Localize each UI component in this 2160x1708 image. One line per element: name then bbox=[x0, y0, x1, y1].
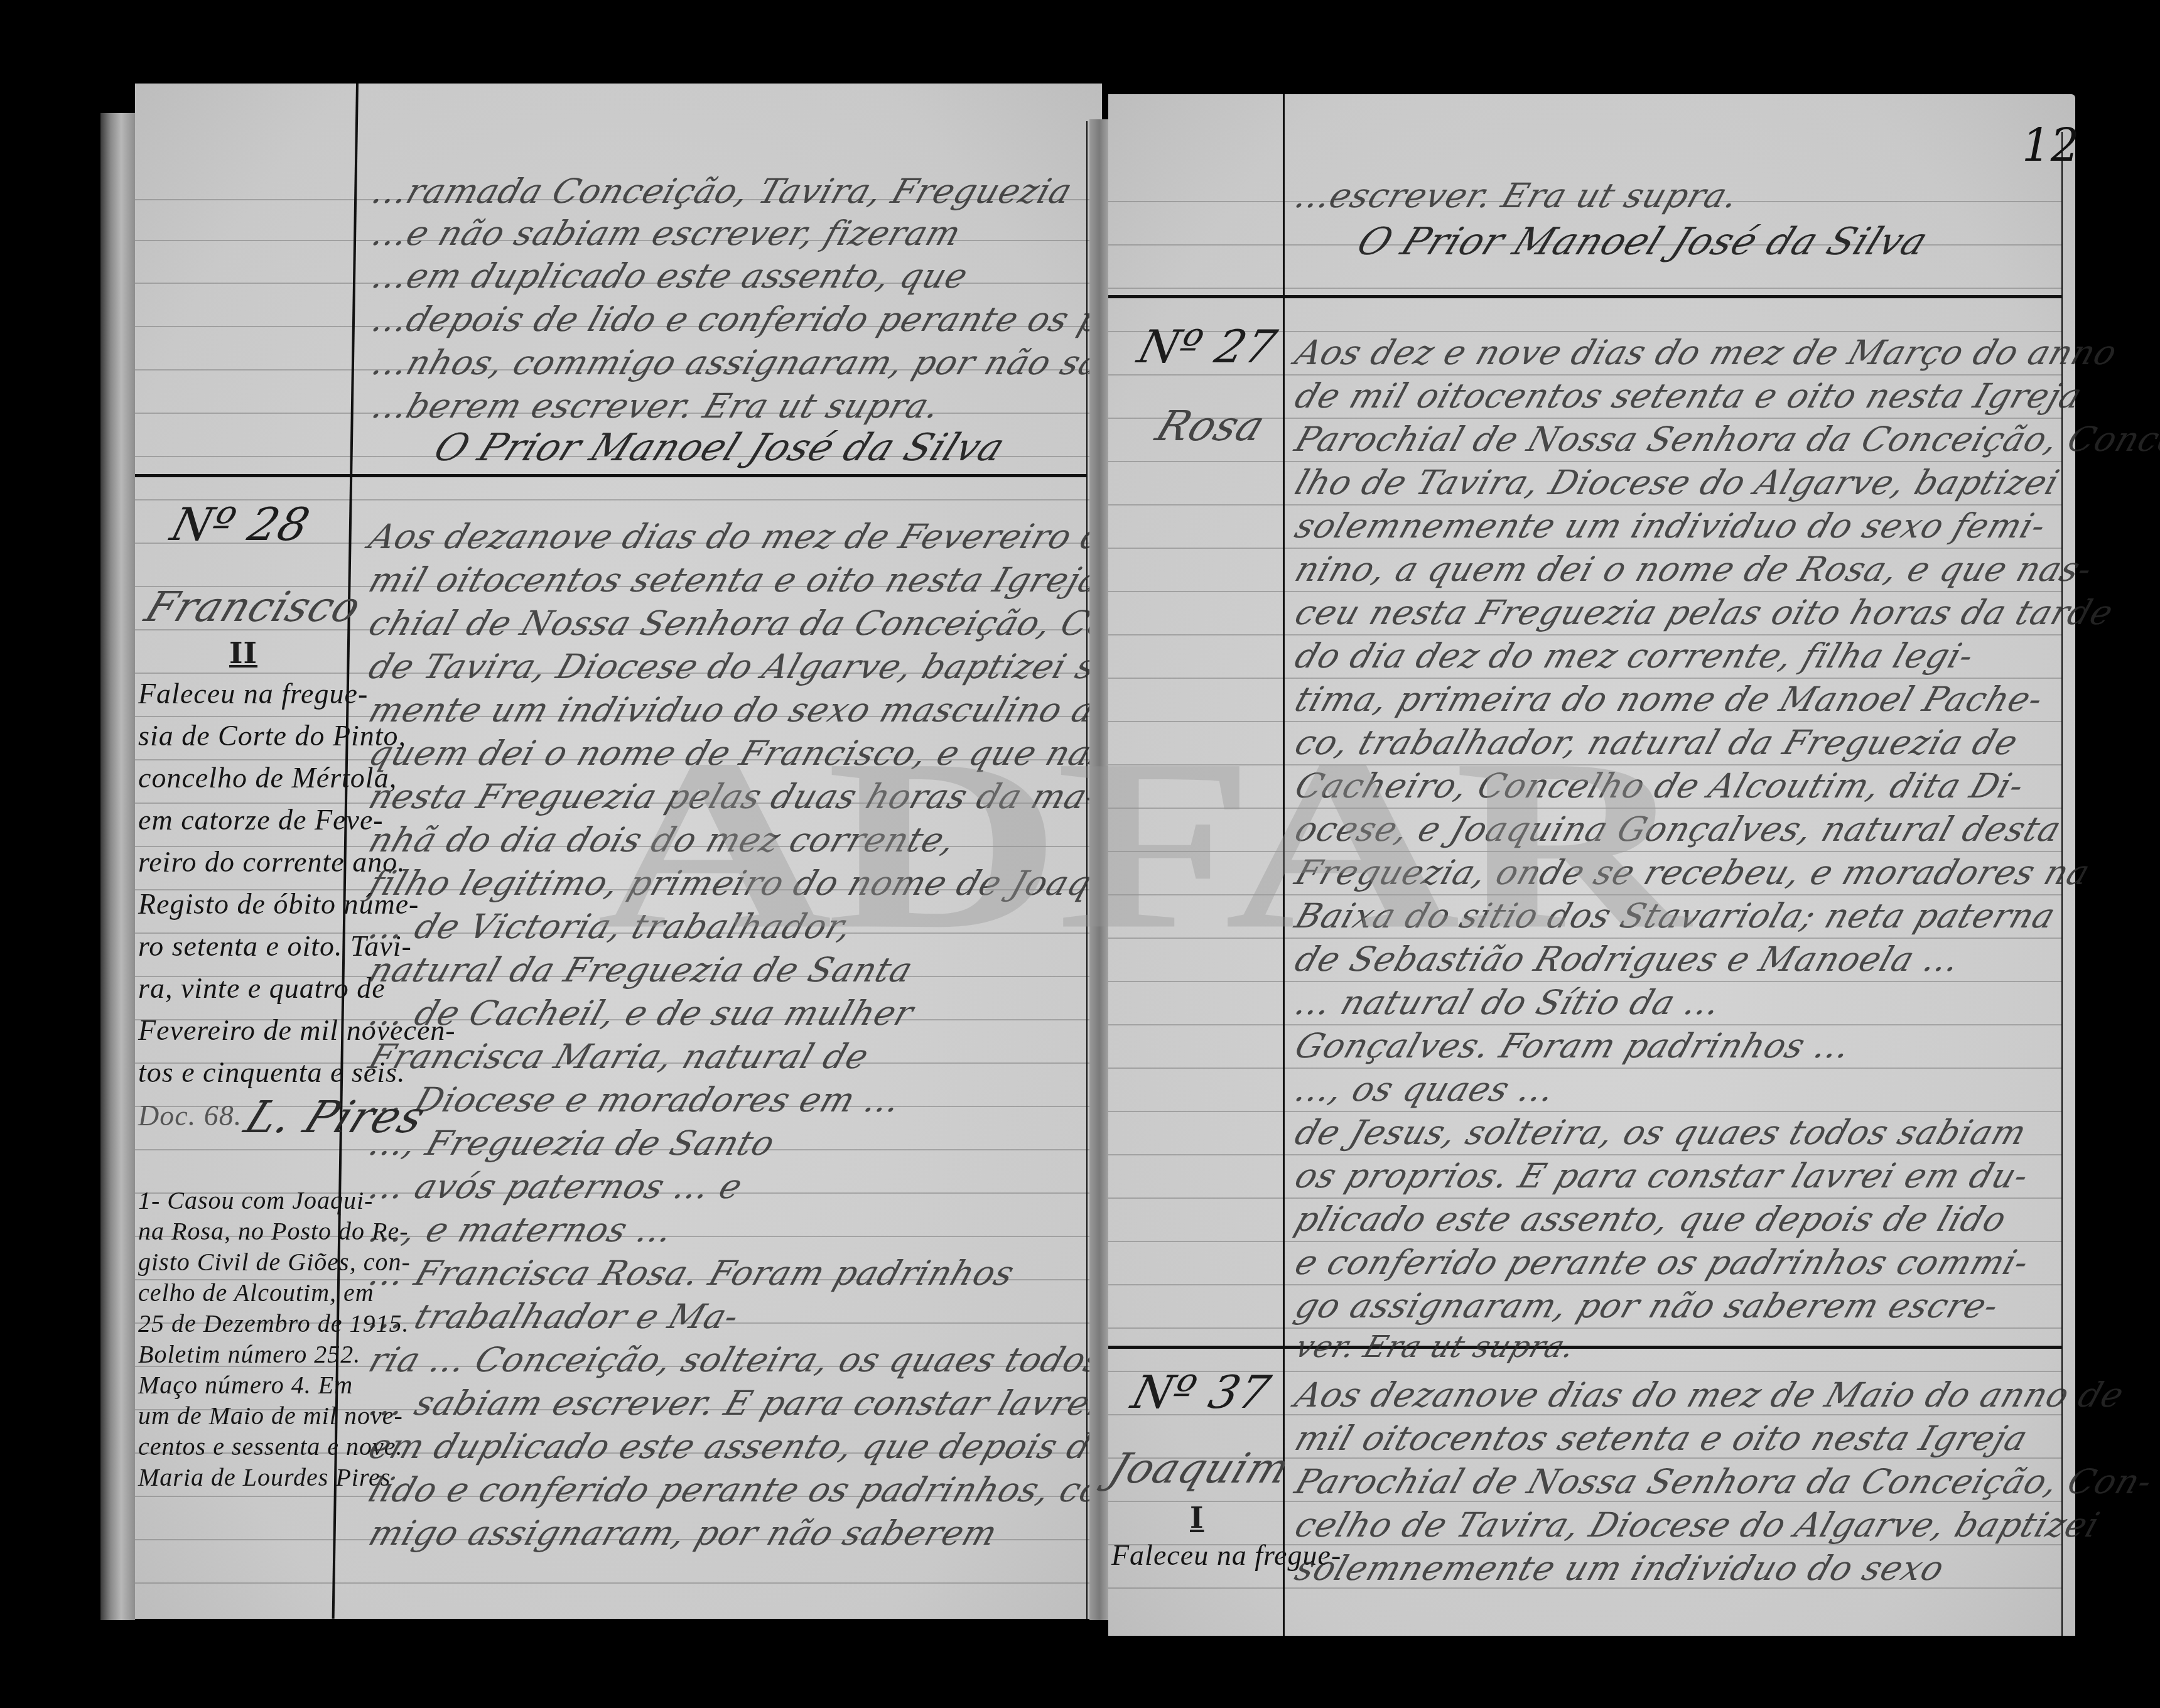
text-line: celho de Tavira, Diocese do Algarve, bap… bbox=[1290, 1505, 2105, 1545]
text-line: ... natural do Sítio da ... bbox=[1290, 983, 1727, 1022]
entry-separator bbox=[1108, 295, 2063, 298]
text-line: de Jesus, solteira, os quaes todos sabia… bbox=[1290, 1113, 2032, 1152]
text-line: Parochial de Nossa Senhora da Conceição,… bbox=[1290, 1462, 2157, 1501]
text-line: lho de Tavira, Diocese do Algarve, bapti… bbox=[1290, 463, 2065, 502]
text-line: de mil oitocentos setenta e oito nesta I… bbox=[1290, 376, 2088, 416]
death-note-line: em catorze de Feve- bbox=[138, 803, 384, 836]
text-line: Gonçalves. Foram padrinhos ... bbox=[1290, 1026, 1856, 1066]
text-line: ... trabalhador e Ma- bbox=[364, 1297, 745, 1336]
text-line: ... sabiam escrever. E para constar lavr… bbox=[364, 1383, 1107, 1423]
entry-name: Francisco bbox=[139, 583, 368, 631]
death-note-line: Faleceu na fregue- bbox=[138, 677, 368, 710]
marriage-note-line: Boletim número 252. bbox=[138, 1339, 360, 1369]
text-line: solemnemente um individuo do sexo femi- bbox=[1290, 506, 2051, 546]
text-line: ...e não sabiam escrever, fizeram bbox=[367, 213, 966, 253]
text-line: do dia dez do mez corrente, filha legi- bbox=[1290, 636, 1979, 676]
entry-number: Nº 28 bbox=[166, 498, 316, 551]
marriage-note-line: Maço número 4. Em bbox=[138, 1370, 353, 1400]
entry-roman-numeral: I bbox=[1190, 1501, 1204, 1535]
marriage-note-line: Maria de Lourdes Pires bbox=[138, 1462, 391, 1492]
page-number: 12 bbox=[2022, 119, 2080, 172]
entry-separator bbox=[1108, 1346, 2063, 1349]
marriage-note-line: um de Maio de mil nove- bbox=[138, 1401, 403, 1430]
death-note-line: concelho de Mértola, bbox=[138, 761, 397, 794]
marriage-note-line: gisto Civil de Giões, con- bbox=[138, 1247, 411, 1277]
text-line: ..., e maternos ... bbox=[364, 1210, 679, 1250]
entry-separator bbox=[135, 474, 1086, 477]
death-note-line: reiro do corrente ano. bbox=[138, 845, 406, 878]
entry-roman-numeral: II bbox=[229, 636, 257, 670]
text-line: ... avós paternos ... e bbox=[364, 1167, 748, 1206]
text-line: plicado este assento, que depois de lido bbox=[1290, 1199, 2012, 1239]
text-line: ..., os quaes ... bbox=[1290, 1069, 1561, 1109]
priest-signature: O Prior Manoel José da Silva bbox=[1351, 220, 1935, 264]
text-line: ... Diocese e moradores em ... bbox=[364, 1080, 907, 1120]
text-line: ...depois de lido e conferido perante os… bbox=[367, 300, 1192, 339]
text-line: ...ramada Conceição, Tavira, Freguezia bbox=[367, 171, 1077, 211]
text-line: go assignaram, por não saberem escre- bbox=[1290, 1286, 2004, 1326]
archive-watermark: ADFAR bbox=[597, 722, 1683, 967]
text-line: ...escrever. Era ut supra. bbox=[1290, 176, 1744, 215]
text-line: ..., Freguezia de Santo bbox=[364, 1123, 780, 1163]
entry-name: Joaquim bbox=[1103, 1444, 1297, 1493]
marriage-note-line: centos e sessenta e nove. bbox=[138, 1432, 403, 1461]
text-line: ceu nesta Freguezia pelas oito horas da … bbox=[1290, 593, 2119, 632]
text-line: ...nhos, commigo assignaram, por não sa- bbox=[367, 343, 1120, 382]
text-line: ...berem escrever. Era ut supra. bbox=[367, 386, 946, 426]
entry-name: Rosa bbox=[1150, 402, 1272, 450]
text-line: ria ... Conceição, solteira, os quaes to… bbox=[364, 1340, 1110, 1380]
text-line: os proprios. E para constar lavrei em du… bbox=[1290, 1156, 2034, 1196]
marriage-note-line: celho de Alcoutim, em bbox=[138, 1278, 374, 1307]
text-line: migo assignaram, por não saberem bbox=[364, 1513, 1003, 1553]
text-line: e conferido perante os padrinhos commi- bbox=[1290, 1243, 2034, 1282]
text-line: Aos dezanove dias do mez de Maio do anno… bbox=[1290, 1375, 2129, 1415]
text-line: Francisca Maria, natural de bbox=[364, 1037, 874, 1076]
priest-signature: O Prior Manoel José da Silva bbox=[428, 426, 1012, 470]
text-line: mil oitocentos setenta e oito nesta Igre… bbox=[1290, 1419, 2033, 1458]
text-line: nino, a quem dei o nome de Rosa, e que n… bbox=[1290, 549, 2098, 589]
death-note-line: ra, vinte e quatro de bbox=[138, 971, 386, 1005]
marriage-note-line: 1- Casou com Joaqui- bbox=[138, 1186, 373, 1215]
text-line: ... Francisca Rosa. Foram padrinhos bbox=[364, 1253, 1020, 1293]
text-line: Aos dez e nove dias do mez de Março do a… bbox=[1290, 333, 2122, 372]
doc-reference: Doc. 68. bbox=[138, 1099, 242, 1132]
book-spine-edge bbox=[100, 113, 135, 1620]
entry-number: Nº 27 bbox=[1133, 320, 1283, 373]
text-line: mil oitocentos setenta e oito nesta Igre… bbox=[364, 560, 1211, 600]
text-line: lido e conferido perante os padrinhos, c… bbox=[364, 1470, 1120, 1510]
entry-number: Nº 37 bbox=[1126, 1366, 1277, 1419]
text-line: ...em duplicado este assento, que bbox=[367, 256, 973, 296]
text-line: Parochial de Nossa Senhora da Conceição,… bbox=[1290, 419, 2160, 459]
text-line: ver. Era ut supra. bbox=[1291, 1329, 1580, 1365]
text-line: em duplicado este assento, que depois de bbox=[364, 1427, 1118, 1466]
text-line: solemnemente um individuo do sexo bbox=[1290, 1549, 1950, 1588]
text-line: ... de Cacheil, e de sua mulher bbox=[364, 993, 919, 1033]
